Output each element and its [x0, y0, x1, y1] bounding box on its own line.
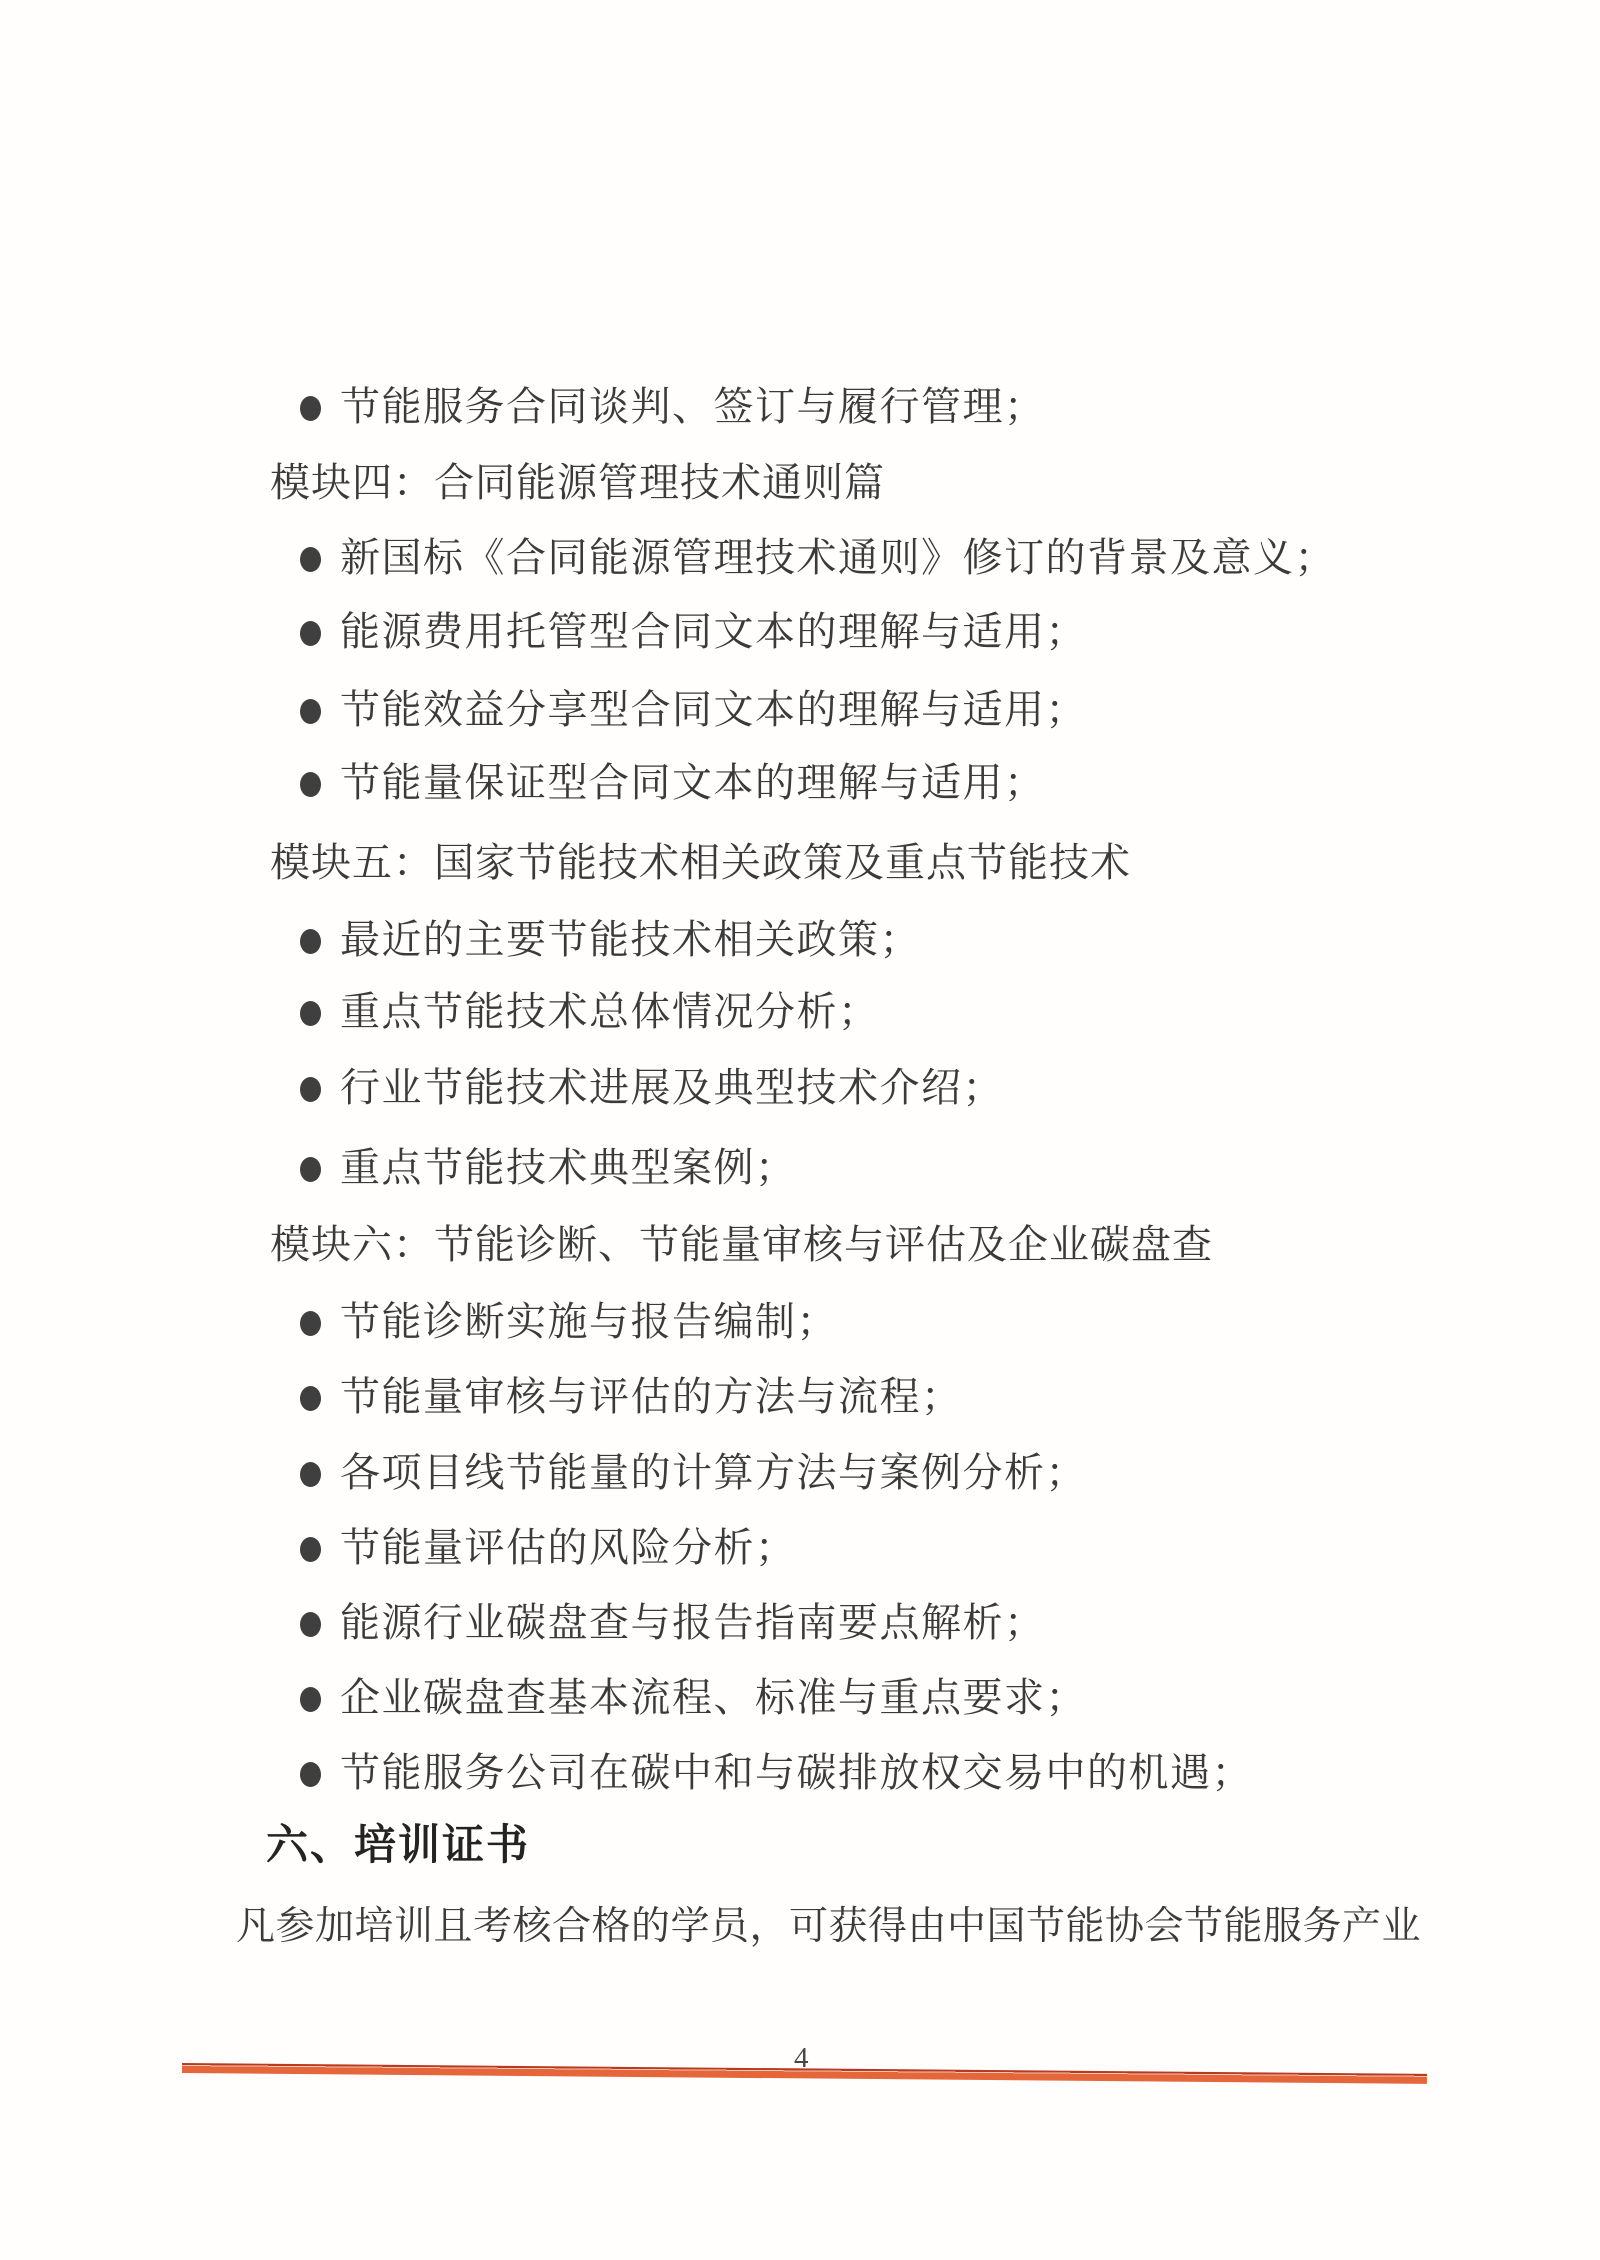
bullet-dot-icon: [300, 1687, 321, 1712]
module-heading: 模块四：合同能源管理技术通则篇: [270, 460, 885, 506]
bullet-text: 各项目线节能量的计算方法与案例分析；: [340, 1450, 1087, 1495]
list-item: 企业碳盘查基本流程、标准与重点要求；: [300, 1675, 1087, 1721]
bullet-dot-icon: [300, 547, 321, 572]
bullet-dot-icon: [300, 772, 321, 797]
module-heading: 模块五：国家节能技术相关政策及重点节能技术: [270, 840, 1131, 886]
list-item: 节能量评估的风险分析；: [300, 1525, 797, 1571]
bullet-dot-icon: [300, 396, 321, 421]
section-heading-certificate: 六、培训证书: [266, 1822, 530, 1868]
list-item: 能源行业碳盘查与报告指南要点解析；: [300, 1600, 1046, 1646]
document-page: 节能服务合同谈判、签订与履行管理； 模块四：合同能源管理技术通则篇 新国标《合同…: [0, 0, 1600, 2260]
bullet-text: 节能服务公司在碳中和与碳排放权交易中的机遇；: [340, 1750, 1253, 1795]
bullet-dot-icon: [300, 1001, 321, 1026]
bullet-text: 节能服务合同谈判、签订与履行管理；: [340, 384, 1046, 429]
list-item: 节能量审核与评估的方法与流程；: [300, 1374, 963, 1420]
list-item: 节能诊断实施与报告编制；: [300, 1299, 838, 1345]
bullet-text: 能源行业碳盘查与报告指南要点解析；: [340, 1600, 1046, 1645]
bullet-text: 企业碳盘查基本流程、标准与重点要求；: [340, 1675, 1087, 1720]
bullet-dot-icon: [300, 699, 321, 724]
list-item: 行业节能技术进展及典型技术介绍；: [300, 1065, 1004, 1111]
bullet-text: 节能效益分享型合同文本的理解与适用；: [340, 687, 1087, 732]
body-paragraph: 凡参加培训且考核合格的学员，可获得由中国节能协会节能服务产业: [236, 1904, 1421, 1950]
bullet-dot-icon: [300, 929, 321, 954]
bullet-text: 新国标《合同能源管理技术通则》修订的背景及意义；: [340, 535, 1336, 580]
list-item: 新国标《合同能源管理技术通则》修订的背景及意义；: [300, 535, 1336, 581]
bullet-dot-icon: [300, 1077, 321, 1102]
list-item: 节能量保证型合同文本的理解与适用；: [300, 760, 1046, 806]
module-heading: 模块六：节能诊断、节能量审核与评估及企业碳盘查: [270, 1222, 1213, 1268]
bullet-dot-icon: [300, 1462, 321, 1487]
bullet-text: 节能量评估的风险分析；: [340, 1525, 797, 1570]
list-item: 能源费用托管型合同文本的理解与适用；: [300, 609, 1087, 655]
bullet-text: 重点节能技术典型案例；: [340, 1145, 797, 1190]
list-item: 重点节能技术总体情况分析；: [300, 989, 880, 1035]
bullet-text: 节能量保证型合同文本的理解与适用；: [340, 760, 1046, 805]
list-item: 节能效益分享型合同文本的理解与适用；: [300, 687, 1087, 733]
bullet-dot-icon: [300, 1762, 321, 1787]
bullet-dot-icon: [300, 621, 321, 646]
list-item: 节能服务合同谈判、签订与履行管理；: [300, 384, 1046, 430]
bullet-text: 能源费用托管型合同文本的理解与适用；: [340, 609, 1087, 654]
bullet-dot-icon: [300, 1537, 321, 1562]
bullet-text: 行业节能技术进展及典型技术介绍；: [340, 1065, 1004, 1110]
bullet-text: 重点节能技术总体情况分析；: [340, 989, 880, 1034]
list-item: 各项目线节能量的计算方法与案例分析；: [300, 1450, 1087, 1496]
bullet-text: 节能诊断实施与报告编制；: [340, 1299, 838, 1344]
bullet-dot-icon: [300, 1157, 321, 1182]
list-item: 重点节能技术典型案例；: [300, 1145, 797, 1191]
bullet-dot-icon: [300, 1612, 321, 1637]
bullet-dot-icon: [300, 1311, 321, 1336]
bullet-text: 最近的主要节能技术相关政策；: [340, 917, 921, 962]
list-item: 节能服务公司在碳中和与碳排放权交易中的机遇；: [300, 1750, 1253, 1796]
list-item: 最近的主要节能技术相关政策；: [300, 917, 921, 963]
bullet-text: 节能量审核与评估的方法与流程；: [340, 1374, 963, 1419]
bullet-dot-icon: [300, 1386, 321, 1411]
